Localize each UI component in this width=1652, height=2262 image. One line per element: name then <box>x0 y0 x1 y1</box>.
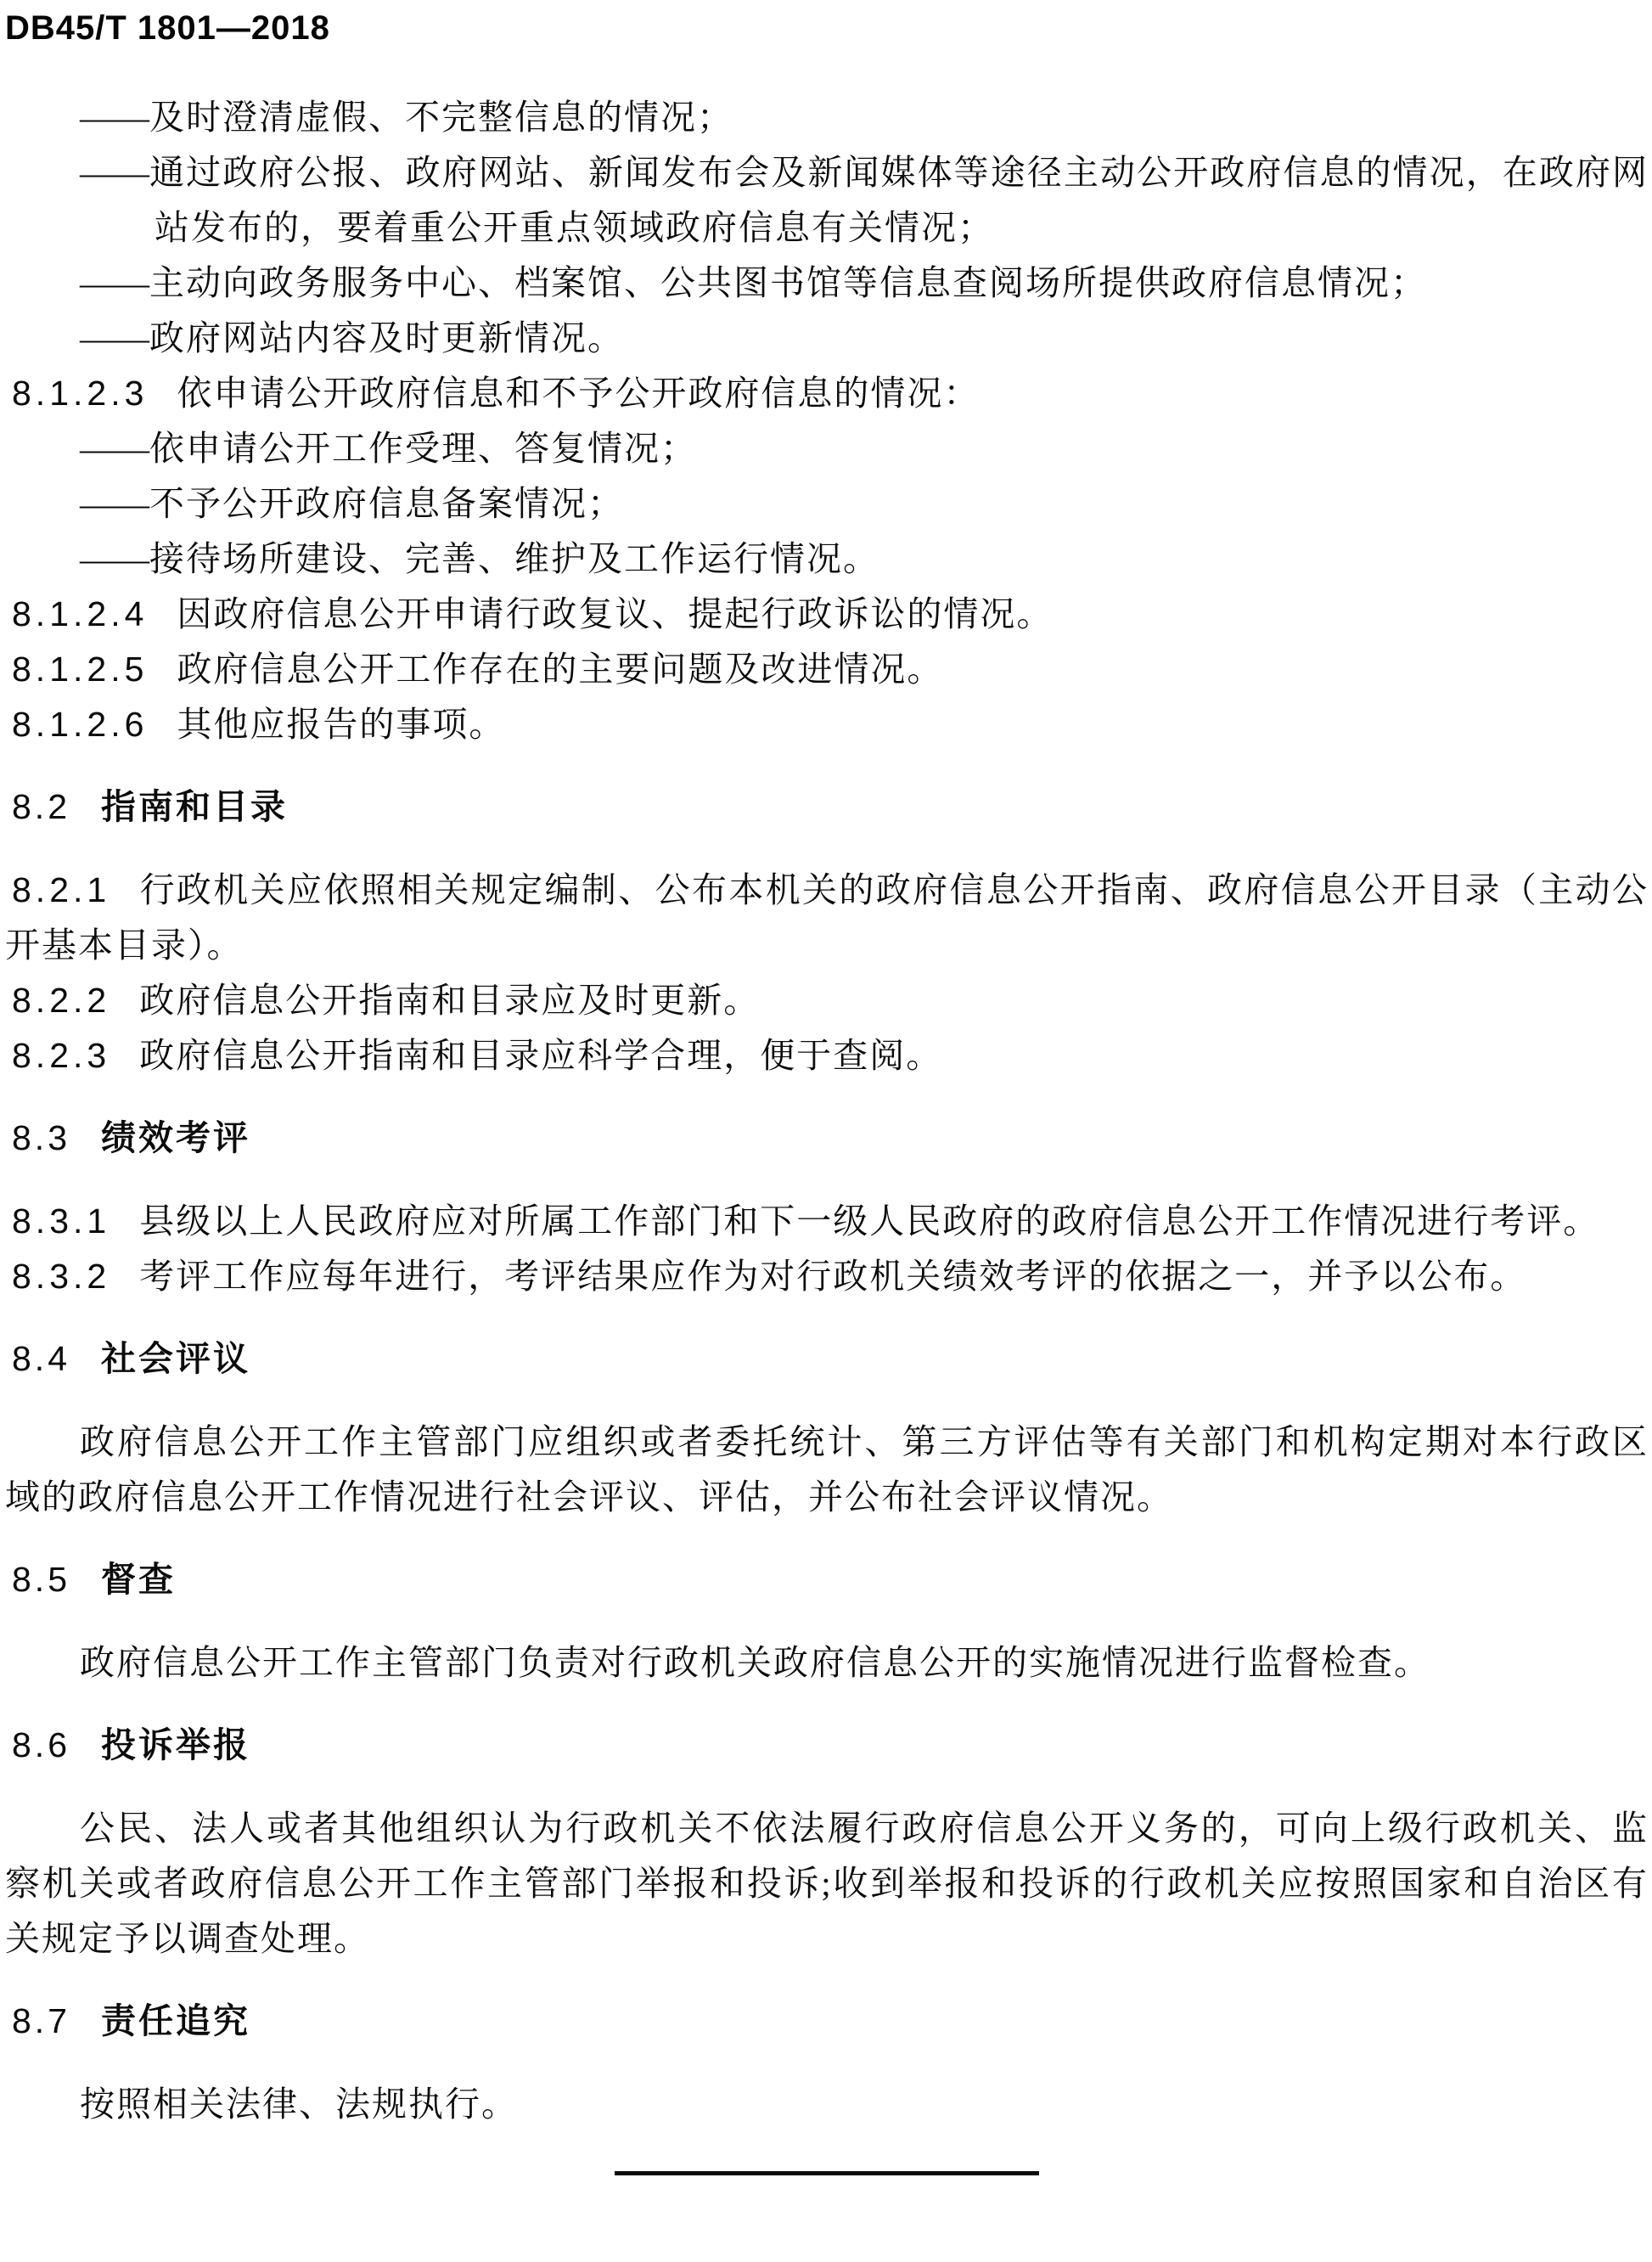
clause-number: 8.1.2.5 <box>12 650 148 689</box>
clause-number: 8.2.3 <box>12 1036 110 1075</box>
clause: 8.2.3政府信息公开指南和目录应科学合理，便于查阅。 <box>5 1028 1649 1083</box>
section-number: 8.7 <box>12 2001 70 2040</box>
dash-bullet: —— <box>80 98 149 137</box>
clause: 8.3.2考评工作应每年进行，考评结果应作为对行政机关绩效考评的依据之一，并予以… <box>5 1249 1649 1304</box>
dash-bullet: —— <box>80 539 149 578</box>
clause-number: 8.2.2 <box>12 981 110 1020</box>
doc-number: DB45/T 1801—2018 <box>5 7 1649 49</box>
section-number: 8.4 <box>12 1339 70 1378</box>
dash-list-item: ——接待场所建设、完善、维护及工作运行情况。 <box>5 532 1649 587</box>
clause-text: 考评工作应每年进行，考评结果应作为对行政机关绩效考评的依据之一，并予以公布。 <box>139 1257 1526 1296</box>
dash-list-item: ——通过政府公报、政府网站、新闻发布会及新闻媒体等途径主动公开政府信息的情况，在… <box>5 145 1649 256</box>
clause: 8.1.2.3依申请公开政府信息和不予公开政府信息的情况： <box>5 366 1649 421</box>
section-heading: 8.6投诉举报 <box>5 1718 1649 1773</box>
dash-bullet: —— <box>80 318 149 357</box>
section-number: 8.5 <box>12 1560 70 1599</box>
dash-list-item: ——不予公开政府信息备案情况； <box>5 476 1649 532</box>
dash-bullet: —— <box>80 484 149 523</box>
document-page: DB45/T 1801—2018 ——及时澄清虚假、不完整信息的情况；——通过政… <box>0 0 1652 2262</box>
clause-text: 行政机关应依照相关规定编制、公布本机关的政府信息公开指南、政府信息公开目录（主动… <box>5 870 1649 965</box>
dash-bullet: —— <box>80 263 149 302</box>
clause-text: 县级以上人民政府应对所属工作部门和下一级人民政府的政府信息公开工作情况进行考评。 <box>139 1201 1599 1241</box>
clause-number: 8.3.1 <box>12 1201 110 1241</box>
list-item-text: 接待场所建设、完善、维护及工作运行情况。 <box>149 539 879 578</box>
section-heading: 8.4社会评议 <box>5 1331 1649 1387</box>
clause-text: 其他应报告的事项。 <box>177 705 505 744</box>
section-heading: 8.5督查 <box>5 1552 1649 1607</box>
section-title: 投诉举报 <box>101 1725 250 1764</box>
clause-text: 政府信息公开工作存在的主要问题及改进情况。 <box>177 650 943 689</box>
clause-text: 依申请公开政府信息和不予公开政府信息的情况： <box>177 374 980 413</box>
list-item-text: 不予公开政府信息备案情况； <box>149 484 624 523</box>
list-item-text: 政府网站内容及时更新情况。 <box>149 318 624 357</box>
section-title: 绩效考评 <box>101 1118 250 1157</box>
clause: 8.1.2.5政府信息公开工作存在的主要问题及改进情况。 <box>5 642 1649 697</box>
clause-text: 因政府信息公开申请行政复议、提起行政诉讼的情况。 <box>177 594 1053 633</box>
document-body: ——及时澄清虚假、不完整信息的情况；——通过政府公报、政府网站、新闻发布会及新闻… <box>5 90 1649 2132</box>
clause-text: 政府信息公开指南和目录应及时更新。 <box>139 981 760 1020</box>
dash-bullet: —— <box>80 429 149 468</box>
paragraph: 按照相关法律、法规执行。 <box>5 2077 1649 2132</box>
paragraph: 公民、法人或者其他组织认为行政机关不依法履行政府信息公开义务的，可向上级行政机关… <box>5 1801 1649 1967</box>
dash-list-item: ——及时澄清虚假、不完整信息的情况； <box>5 90 1649 145</box>
section-title: 指南和目录 <box>101 787 288 826</box>
section-heading: 8.2指南和目录 <box>5 779 1649 835</box>
section-number: 8.3 <box>12 1118 70 1157</box>
clause: 8.2.1行政机关应依照相关规定编制、公布本机关的政府信息公开指南、政府信息公开… <box>5 863 1649 973</box>
paragraph-text: 按照相关法律、法规执行。 <box>80 2085 518 2124</box>
paragraph-text: 政府信息公开工作主管部门应组织或者委托统计、第三方评估等有关部门和机构定期对本行… <box>5 1422 1649 1516</box>
clause: 8.1.2.4因政府信息公开申请行政复议、提起行政诉讼的情况。 <box>5 587 1649 642</box>
clause: 8.3.1县级以上人民政府应对所属工作部门和下一级人民政府的政府信息公开工作情况… <box>5 1194 1649 1249</box>
clause-number: 8.2.1 <box>12 870 110 909</box>
clause: 8.2.2政府信息公开指南和目录应及时更新。 <box>5 973 1649 1028</box>
dash-list-item: ——依申请公开工作受理、答复情况； <box>5 421 1649 476</box>
clause-number: 8.1.2.4 <box>12 594 148 633</box>
list-item-text: 主动向政务服务中心、档案馆、公共图书馆等信息查阅场所提供政府信息情况； <box>149 263 1427 302</box>
dash-list-item: ——主动向政务服务中心、档案馆、公共图书馆等信息查阅场所提供政府信息情况； <box>5 256 1649 311</box>
clause-number: 8.3.2 <box>12 1257 110 1296</box>
clause-number: 8.1.2.3 <box>12 374 148 413</box>
dash-list-item: ——政府网站内容及时更新情况。 <box>5 311 1649 366</box>
list-item-text: 及时澄清虚假、不完整信息的情况； <box>149 98 733 137</box>
list-item-text: 依申请公开工作受理、答复情况； <box>149 429 697 468</box>
list-item-text: 通过政府公报、政府网站、新闻发布会及新闻媒体等途径主动公开政府信息的情况，在政府… <box>149 153 1649 247</box>
section-title: 责任追究 <box>101 2001 250 2040</box>
section-heading: 8.7责任追究 <box>5 1994 1649 2049</box>
dash-bullet: —— <box>80 153 149 192</box>
section-title: 社会评议 <box>101 1339 250 1378</box>
paragraph-text: 政府信息公开工作主管部门负责对行政机关政府信息公开的实施情况进行监督检查。 <box>80 1643 1430 1682</box>
clause-number: 8.1.2.6 <box>12 705 148 744</box>
section-heading: 8.3绩效考评 <box>5 1111 1649 1166</box>
end-of-document-rule <box>615 2171 1039 2175</box>
section-number: 8.2 <box>12 787 70 826</box>
clause: 8.1.2.6其他应报告的事项。 <box>5 697 1649 752</box>
paragraph: 政府信息公开工作主管部门应组织或者委托统计、第三方评估等有关部门和机构定期对本行… <box>5 1415 1649 1525</box>
section-number: 8.6 <box>12 1725 70 1764</box>
section-title: 督查 <box>101 1560 176 1599</box>
paragraph-text: 公民、法人或者其他组织认为行政机关不依法履行政府信息公开义务的，可向上级行政机关… <box>5 1809 1649 1958</box>
clause-text: 政府信息公开指南和目录应科学合理，便于查阅。 <box>139 1036 942 1075</box>
paragraph: 政府信息公开工作主管部门负责对行政机关政府信息公开的实施情况进行监督检查。 <box>5 1635 1649 1691</box>
